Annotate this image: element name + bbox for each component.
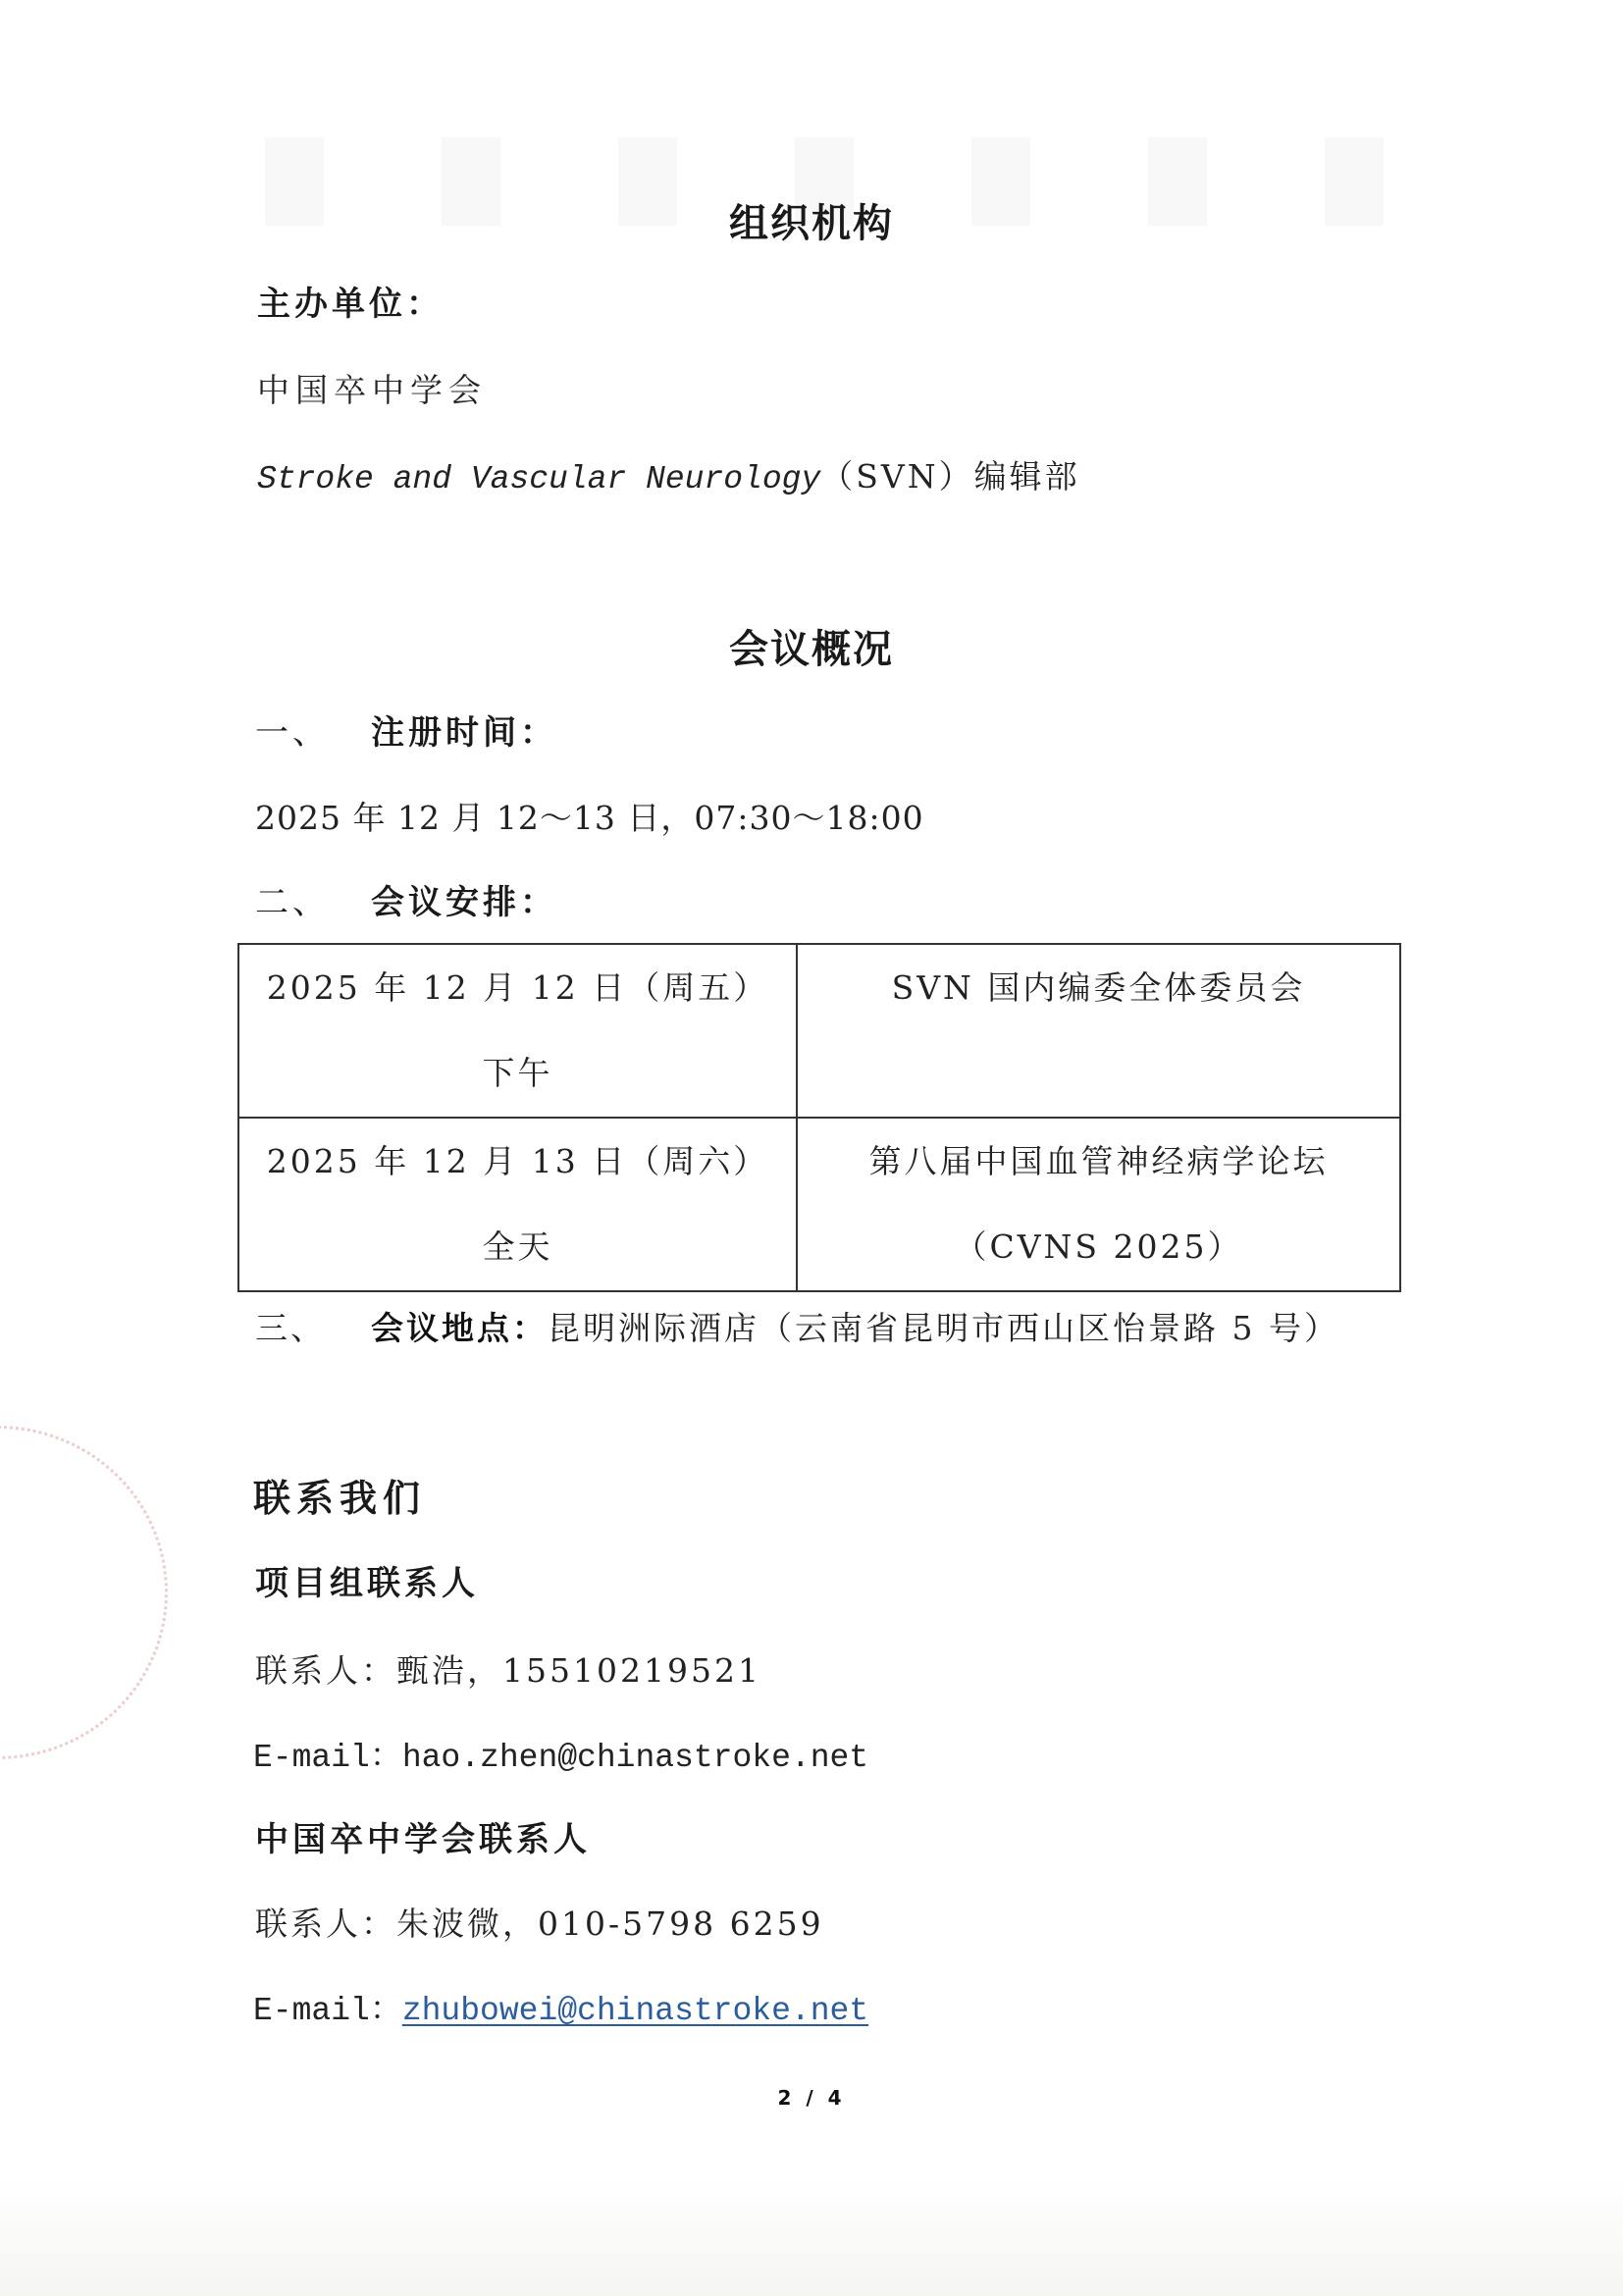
contact-person-value: 朱波微，010-5798 6259	[396, 1905, 824, 1943]
contact-email-value: hao.zhen@chinastroke.net	[402, 1740, 868, 1776]
host-label: 主办单位：	[257, 286, 444, 323]
contact-person-line: 联系人：朱波微，010-5798 6259	[255, 1906, 824, 1942]
schedule-event: SVN 国内编委全体委员会	[798, 945, 1399, 1030]
contact-group-heading: 项目组联系人	[255, 1565, 479, 1602]
contact-email-link[interactable]: zhubowei@chinastroke.net	[402, 1993, 868, 2029]
contact-email-label: E-mail：	[253, 1993, 402, 2029]
contact-person-value: 甄浩，15510219521	[396, 1651, 761, 1690]
registration-label: 注册时间：	[371, 713, 557, 753]
host-csa: 中国卒中学会	[257, 373, 487, 408]
red-seal-stamp	[0, 1426, 168, 1759]
journal-name: Stroke and Vascular Neurology	[257, 461, 820, 497]
venue-line: 三、会议地点：昆明洲际酒店（云南省昆明市西山区怡景路 5 号）	[255, 1311, 1339, 1346]
contact-person-line: 联系人：甄浩，15510219521	[255, 1653, 761, 1689]
registration-heading: 一、注册时间：	[255, 714, 557, 752]
schedule-date-cell: 2025 年 12 月 12 日（周五） 下午	[238, 944, 797, 1118]
contact-person-label: 联系人：	[255, 1905, 396, 1943]
registration-index: 一、	[255, 714, 371, 752]
schedule-period: 下午	[239, 1030, 796, 1116]
venue-index: 三、	[255, 1311, 371, 1346]
venue-value: 昆明洲际酒店（云南省昆明市西山区怡景路 5 号）	[548, 1309, 1339, 1347]
schedule-event-sub: （CVNS 2025）	[798, 1204, 1399, 1289]
schedule-period: 全天	[239, 1204, 796, 1289]
registration-time: 2025 年 12 月 12～13 日，07:30～18:00	[255, 801, 924, 836]
contact-email-line: E-mail：hao.zhen@chinastroke.net	[253, 1738, 868, 1776]
page-number: 2 / 4	[0, 2086, 1623, 2110]
host-svn: Stroke and Vascular Neurology（SVN）编辑部	[257, 459, 1080, 497]
schedule-index: 二、	[255, 884, 371, 921]
scan-edge-shadow	[0, 2178, 1623, 2296]
schedule-date: 2025 年 12 月 13 日（周六）	[239, 1119, 796, 1204]
org-section-title: 组织机构	[0, 202, 1623, 245]
schedule-label: 会议安排：	[371, 883, 557, 922]
contact-section-title: 联系我们	[253, 1478, 426, 1519]
contact-person-label: 联系人：	[255, 1651, 396, 1690]
schedule-event: 第八届中国血管神经病学论坛	[798, 1119, 1399, 1204]
table-row: 2025 年 12 月 13 日（周六） 全天 第八届中国血管神经病学论坛 （C…	[238, 1118, 1400, 1291]
contact-email-line: E-mail：zhubowei@chinastroke.net	[253, 1991, 868, 2029]
schedule-date-cell: 2025 年 12 月 13 日（周六） 全天	[238, 1118, 797, 1291]
schedule-table: 2025 年 12 月 12 日（周五） 下午 SVN 国内编委全体委员会 20…	[237, 943, 1401, 1292]
schedule-heading: 二、会议安排：	[255, 884, 557, 921]
schedule-date: 2025 年 12 月 12 日（周五）	[239, 945, 796, 1030]
table-row: 2025 年 12 月 12 日（周五） 下午 SVN 国内编委全体委员会	[238, 944, 1400, 1118]
venue-label: 会议地点：	[371, 1309, 548, 1347]
contact-group-heading: 中国卒中学会联系人	[255, 1821, 591, 1858]
overview-section-title: 会议概况	[0, 628, 1623, 671]
schedule-event-cell: 第八届中国血管神经病学论坛 （CVNS 2025）	[797, 1118, 1400, 1291]
contact-email-label: E-mail：	[253, 1740, 402, 1776]
journal-suffix: （SVN）编辑部	[820, 457, 1079, 496]
schedule-event-cell: SVN 国内编委全体委员会	[797, 944, 1400, 1118]
